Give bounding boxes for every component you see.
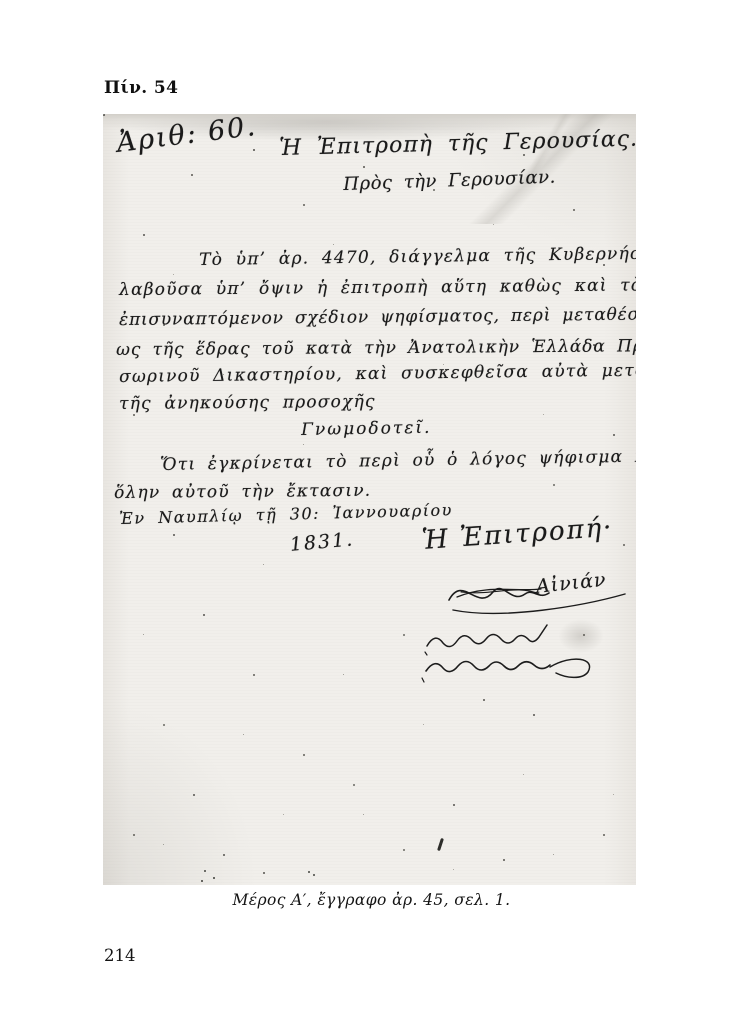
figure-caption: Μέρος Α′, ἔγγραφο ἀρ. 45, σελ. 1. [0, 891, 743, 909]
manuscript-scan: Ἀριθ: 60. Ἡ Ἐπιτροπὴ τῆς Γερουσίας. Πρὸς… [103, 114, 636, 885]
body-line: Τὸ ὑπ’ ἀρ. 4470, διάγγελμα τῆς Κυβερνήσε… [199, 243, 636, 270]
protocol-number: Ἀριθ: 60. [115, 114, 259, 159]
body-line: σωρινοῦ Δικαστηρίου, καὶ συσκεφθεῖσα αὐτ… [119, 361, 636, 387]
dateline: Ἐν Ναυπλίῳ τῇ 30: Ἰαννουαρίου [119, 500, 453, 528]
book-page: Πίν. 54 Ἀριθ: 60. Ἡ Ἐπιτροπὴ τῆς Γερουσί… [0, 0, 743, 1027]
paper-specks-light [103, 114, 104, 115]
decision-line: Ὅτι ἐγκρίνεται τὸ περὶ οὗ ὁ λόγος ψήφισμ… [160, 446, 636, 475]
body-line: τῆς ἀνηκούσης προσοχῆς [119, 392, 376, 414]
sender-line: Ἡ Ἐπιτροπὴ τῆς Γερουσίας. [279, 127, 636, 161]
page-number: 214 [104, 946, 136, 965]
verdict-word: Γνωμοδοτεῖ. [301, 418, 432, 440]
body-line: ἐπισυναπτόμενον σχέδιον ψηφίσματος, περὶ… [119, 304, 636, 330]
addressee-line: Πρὸς τὴν Γερουσίαν. [343, 167, 556, 195]
ink-blot [437, 838, 444, 851]
body-line: λαβοῦσα ὑπ’ ὄψιν ἡ ἐπιτροπὴ αὕτη καθὼς κ… [119, 275, 636, 300]
plate-label: Πίν. 54 [104, 78, 178, 98]
clerk-signature-scribble-2 [420, 650, 605, 684]
year: 1831. [289, 528, 355, 556]
decision-line: ὅλην αὐτοῦ τὴν ἔκτασιν. [114, 481, 371, 503]
body-line: ως τῆς ἕδρας τοῦ κατὰ τὴν Ἀνατολικὴν Ἑλλ… [116, 336, 636, 360]
